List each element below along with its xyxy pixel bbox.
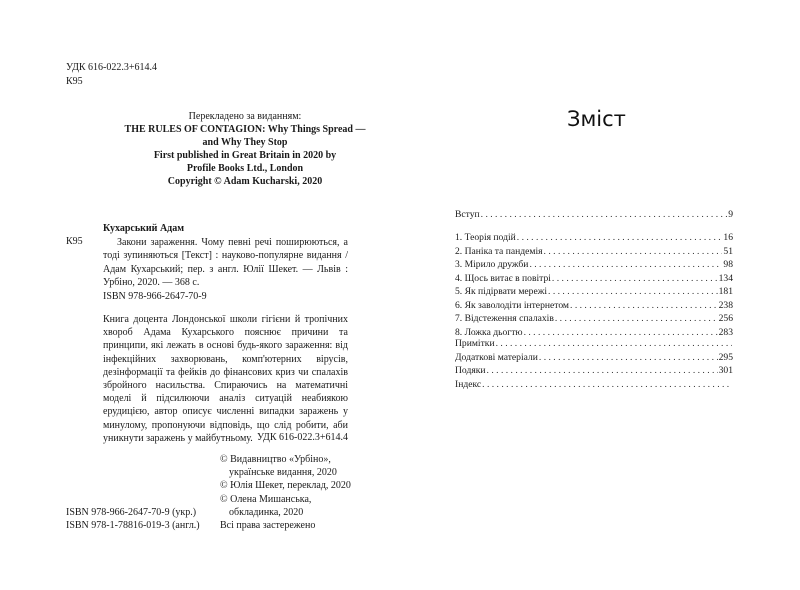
author-mark-catalog: К95 (66, 236, 83, 247)
toc-entry-label: Вступ (455, 209, 480, 220)
toc-entry-page: 238 (719, 300, 733, 311)
toc-leader-dots (570, 300, 718, 311)
toc-entry-label: Додаткові матеріали (455, 352, 538, 363)
toc-leader-dots (539, 352, 718, 363)
toc-entry[interactable]: 5. Як підірвати мережі181 (455, 286, 733, 300)
toc-entry[interactable]: 2. Паніка та пандемія51 (455, 246, 733, 260)
toc-leader-dots (496, 338, 732, 349)
translated-from-label: Перекладено за виданням: (80, 110, 410, 123)
toc-entry-page: 283 (719, 327, 733, 338)
toc-entry[interactable]: Вступ9 (455, 209, 733, 223)
bibliographic-isbn: ISBN 978-966-2647-70-9 (103, 290, 348, 303)
bibliographic-description: Закони зараження. Чому певні речі поширю… (103, 236, 348, 290)
toc-entry-page: 134 (719, 273, 733, 284)
toc-entry-page: 256 (719, 313, 733, 324)
toc-leader-dots (555, 313, 718, 324)
toc-entry[interactable]: 3. Мірило дружби98 (455, 259, 733, 273)
author-mark: К95 (66, 75, 83, 88)
toc-entry[interactable]: Додаткові матеріали295 (455, 352, 733, 366)
original-publisher-line: Profile Books Ltd., London (80, 162, 410, 175)
toc-entry[interactable]: Примітки (455, 338, 733, 352)
copyright-notices: © Видавництво «Урбіно»,українське виданн… (220, 453, 351, 532)
toc-entry-label: 1. Теорія подій (455, 232, 516, 243)
toc-entry[interactable]: 6. Як заволодіти інтернетом238 (455, 300, 733, 314)
toc-entry-page: 301 (719, 365, 733, 376)
toc-entry-label: Індекс (455, 379, 481, 390)
toc-entry-page: 98 (723, 259, 733, 270)
toc-leader-dots (524, 327, 718, 338)
toc-entry-label: 6. Як заволодіти інтернетом (455, 300, 569, 311)
toc-entry[interactable]: 4. Щось витає в повітрі134 (455, 273, 733, 287)
isbn-line: ISBN 978-1-78816-019-3 (англ.) (66, 519, 200, 532)
toc-entry[interactable]: Індекс (455, 379, 733, 393)
copyright-line: Всі права застережено (220, 519, 351, 532)
toc-chapters-section: 1. Теорія подій162. Паніка та пандемія51… (455, 232, 733, 340)
toc-leader-dots (487, 365, 718, 376)
toc-entry-label: 8. Ложка дьогтю (455, 327, 523, 338)
toc-leader-dots (517, 232, 723, 243)
isbn-line: ISBN 978-966-2647-70-9 (укр.) (66, 506, 200, 519)
toc-entry-label: Подяки (455, 365, 486, 376)
copyright-line: © Видавництво «Урбіно», (220, 453, 351, 466)
toc-entry-page: 295 (719, 352, 733, 363)
toc-leader-dots (529, 259, 722, 270)
annotation: Книга доцента Лондонської школи гігієни … (103, 313, 348, 445)
toc-entry-label: 4. Щось витає в повітрі (455, 273, 551, 284)
original-copyright-line: Copyright © Adam Kucharski, 2020 (80, 175, 410, 188)
toc-leader-dots (544, 246, 723, 257)
toc-entry-page: 16 (723, 232, 733, 243)
toc-entry[interactable]: Подяки301 (455, 365, 733, 379)
copyright-line: © Олена Мишанська, (220, 493, 351, 506)
contents-title: Зміст (567, 107, 626, 131)
bibliographic-record: Закони зараження. Чому певні речі поширю… (103, 236, 348, 303)
original-publish-line: First published in Great Britain in 2020… (80, 149, 410, 162)
udk-code-bottom: УДК 616-022.3+614.4 (103, 432, 348, 443)
copyright-page: УДК 616-022.3+614.4 К95 Перекладено за в… (0, 0, 400, 590)
original-title-line: THE RULES OF CONTAGION: Why Things Sprea… (80, 123, 410, 136)
copyright-line: обкладинка, 2020 (220, 506, 351, 519)
toc-leader-dots (481, 209, 728, 220)
toc-leader-dots (552, 273, 718, 284)
toc-entry[interactable]: 1. Теорія подій16 (455, 232, 733, 246)
author-name: Кухарський Адам (103, 223, 184, 234)
copyright-line: © Юлія Шекет, переклад, 2020 (220, 479, 351, 492)
copyright-line: українське видання, 2020 (220, 466, 351, 479)
toc-intro-section: Вступ9 (455, 209, 733, 223)
toc-entry-label: 2. Паніка та пандемія (455, 246, 543, 257)
udk-code: УДК 616-022.3+614.4 (66, 61, 157, 74)
toc-entry-label: 7. Відстеження спалахів (455, 313, 554, 324)
isbn-list: ISBN 978-966-2647-70-9 (укр.)ISBN 978-1-… (66, 506, 200, 532)
toc-entry-label: 5. Як підірвати мережі (455, 286, 547, 297)
toc-entry-label: Примітки (455, 338, 495, 349)
original-title-line: and Why They Stop (80, 136, 410, 149)
toc-entry-page: 9 (728, 209, 733, 220)
toc-back-matter-section: ПриміткиДодаткові матеріали295Подяки301І… (455, 338, 733, 392)
toc-leader-dots (482, 379, 732, 390)
toc-entry-label: 3. Мірило дружби (455, 259, 528, 270)
toc-entry-page: 181 (719, 286, 733, 297)
toc-leader-dots (548, 286, 718, 297)
toc-entry-page: 51 (723, 246, 733, 257)
original-edition-info: Перекладено за виданням: THE RULES OF CO… (80, 110, 410, 188)
toc-entry[interactable]: 7. Відстеження спалахів256 (455, 313, 733, 327)
